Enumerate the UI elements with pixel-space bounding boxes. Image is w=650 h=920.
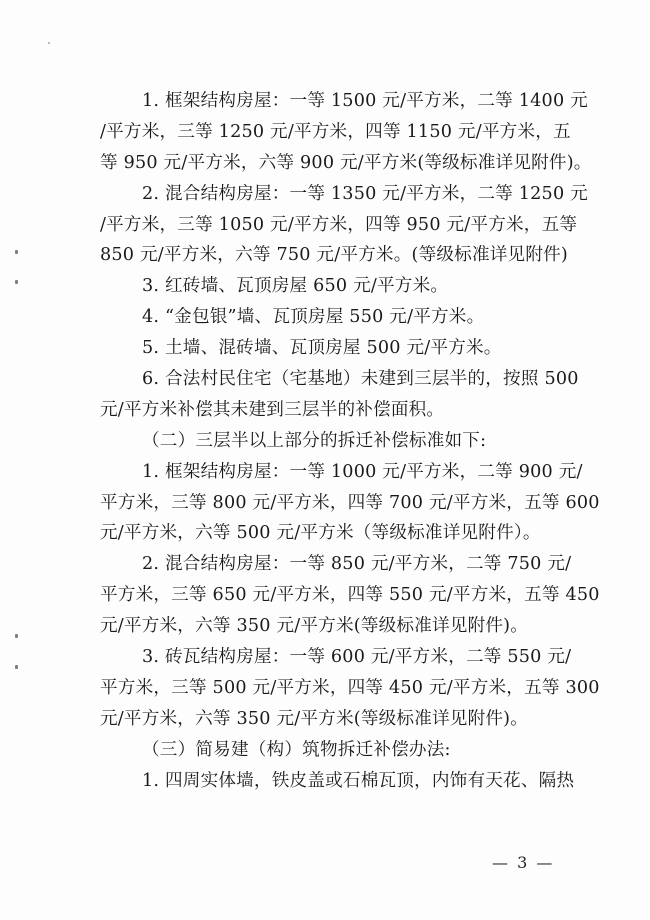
text-line: 850 元/平方米，六等 750 元/平方米。(等级标准详见附件) xyxy=(100,240,552,271)
binding-hole-mark xyxy=(15,634,18,638)
document-page: 1. 框架结构房屋：一等 1500 元/平方米，二等 1400 元 /平方米，三… xyxy=(0,0,650,920)
binding-hole-mark xyxy=(15,665,18,669)
scan-speck xyxy=(48,42,50,44)
text-line: 平方米，三等 650 元/平方米，四等 550 元/平方米，五等 450 xyxy=(100,580,552,611)
text-line: 6. 合法村民住宅（宅基地）未建到三层半的，按照 500 xyxy=(100,364,552,395)
paragraph-brick-tile-above: 3. 砖瓦结构房屋：一等 600 元/平方米，二等 550 元/ 平方米，三等 … xyxy=(100,642,552,735)
text-line: 平方米，三等 800 元/平方米，四等 700 元/平方米，五等 600 xyxy=(100,488,552,519)
text-line: 等 950 元/平方米，六等 900 元/平方米(等级标准详见附件)。 xyxy=(100,148,552,179)
paragraph-frame-structure-above: 1. 框架结构房屋：一等 1000 元/平方米，二等 900 元/ 平方米，三等… xyxy=(100,457,552,550)
text-line: 1. 框架结构房屋：一等 1000 元/平方米，二等 900 元/ xyxy=(100,457,552,488)
text-line: 平方米，三等 500 元/平方米，四等 450 元/平方米，五等 300 xyxy=(100,673,552,704)
page-number: — 3 — xyxy=(492,853,554,872)
paragraph-mixed-structure-below: 2. 混合结构房屋：一等 1350 元/平方米，二等 1250 元 /平方米，三… xyxy=(100,179,552,272)
text-line: 5. 土墙、混砖墙、瓦顶房屋 500 元/平方米。 xyxy=(100,333,552,364)
text-line: /平方米，三等 1250 元/平方米，四等 1150 元/平方米，五 xyxy=(100,117,552,148)
text-line: 元/平方米补偿其未建到三层半的补偿面积。 xyxy=(100,395,552,426)
paragraph-solid-wall-structure: 1. 四周实体墙，铁皮盖或石棉瓦顶，内饰有天花、隔热 xyxy=(100,766,552,797)
document-body: 1. 框架结构房屋：一等 1500 元/平方米，二等 1400 元 /平方米，三… xyxy=(100,86,552,796)
paragraph-legal-residence: 6. 合法村民住宅（宅基地）未建到三层半的，按照 500 元/平方米补偿其未建到… xyxy=(100,364,552,426)
text-line: 元/平方米，六等 350 元/平方米(等级标准详见附件)。 xyxy=(100,611,552,642)
text-line: 3. 砖瓦结构房屋：一等 600 元/平方米，二等 550 元/ xyxy=(100,642,552,673)
paragraph-frame-structure-below: 1. 框架结构房屋：一等 1500 元/平方米，二等 1400 元 /平方米，三… xyxy=(100,86,552,179)
binding-hole-mark xyxy=(15,280,18,284)
binding-hole-mark xyxy=(15,250,18,254)
section-heading: （三）简易建（构）筑物拆迁补偿办法: xyxy=(100,735,552,766)
text-line: 1. 四周实体墙，铁皮盖或石棉瓦顶，内饰有天花、隔热 xyxy=(100,766,552,797)
paragraph-earth-wall: 5. 土墙、混砖墙、瓦顶房屋 500 元/平方米。 xyxy=(100,333,552,364)
section-heading: （二）三层半以上部分的拆迁补偿标准如下: xyxy=(100,426,552,457)
text-line: 元/平方米，六等 350 元/平方米(等级标准详见附件)。 xyxy=(100,704,552,735)
text-line: /平方米，三等 1050 元/平方米，四等 950 元/平方米，五等 xyxy=(100,210,552,241)
text-line: 1. 框架结构房屋：一等 1500 元/平方米，二等 1400 元 xyxy=(100,86,552,117)
text-line: 2. 混合结构房屋：一等 850 元/平方米，二等 750 元/ xyxy=(100,549,552,580)
paragraph-gold-silver-wall: 4. “金包银”墙、瓦顶房屋 550 元/平方米。 xyxy=(100,302,552,333)
text-line: 2. 混合结构房屋：一等 1350 元/平方米，二等 1250 元 xyxy=(100,179,552,210)
text-line: 元/平方米，六等 500 元/平方米（等级标准详见附件）。 xyxy=(100,518,552,549)
text-line: 4. “金包银”墙、瓦顶房屋 550 元/平方米。 xyxy=(100,302,552,333)
section-heading-simple-structures: （三）简易建（构）筑物拆迁补偿办法: xyxy=(100,735,552,766)
paragraph-red-brick: 3. 红砖墙、瓦顶房屋 650 元/平方米。 xyxy=(100,271,552,302)
section-heading-above-three-half: （二）三层半以上部分的拆迁补偿标准如下: xyxy=(100,426,552,457)
paragraph-mixed-structure-above: 2. 混合结构房屋：一等 850 元/平方米，二等 750 元/ 平方米，三等 … xyxy=(100,549,552,642)
text-line: 3. 红砖墙、瓦顶房屋 650 元/平方米。 xyxy=(100,271,552,302)
